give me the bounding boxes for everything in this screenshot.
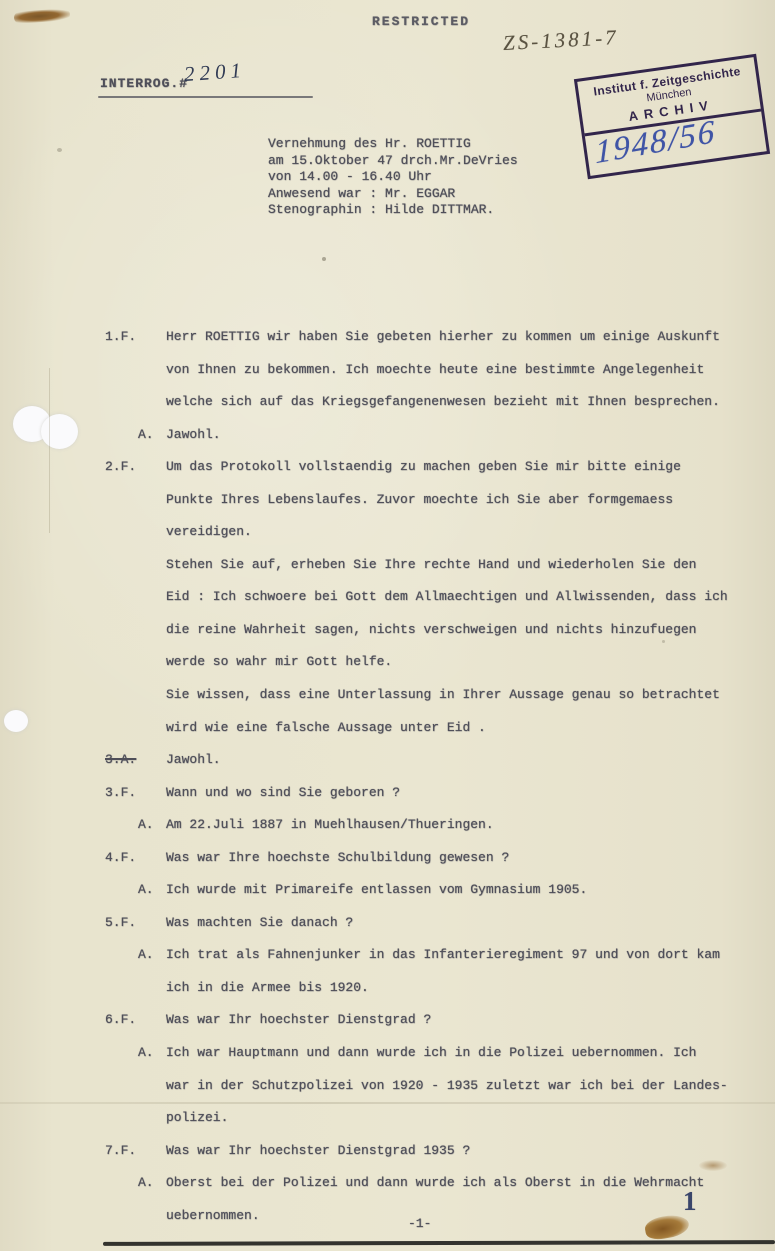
- header-line: Anwesend war : Mr. EGGAR: [268, 186, 518, 203]
- underline: [98, 96, 313, 98]
- qa-item: 5.F.Was machten Sie danach ?: [100, 907, 772, 940]
- scan-edge-line: [103, 1240, 775, 1246]
- qa-label: A.: [138, 1167, 154, 1200]
- qa-line: Was war Ihre hoechste Schulbildung gewes…: [166, 842, 772, 875]
- paper-crease-vertical: [49, 368, 50, 533]
- header-block: Vernehmung des Hr. ROETTIGam 15.Oktober …: [268, 136, 518, 219]
- qa-item: 3.A.Jawohl.: [100, 744, 772, 777]
- scanned-document-page: { "document": { "classification": "RESTR…: [0, 0, 775, 1251]
- paper-hole-spot: [4, 710, 28, 732]
- qa-item: A.Ich wurde mit Primareife entlassen vom…: [100, 874, 772, 907]
- qa-line: Um das Protokoll vollstaendig zu machen …: [166, 451, 772, 484]
- qa-item: A.Jawohl.: [100, 419, 772, 452]
- qa-label: A.: [138, 809, 154, 842]
- qa-line: Ich trat als Fahnenjunker in das Infante…: [166, 939, 772, 972]
- qa-line: welche sich auf das Kriegsgefangenenwese…: [166, 386, 772, 419]
- qa-label: 3.A.: [105, 744, 136, 777]
- page-number: -1-: [408, 1208, 431, 1240]
- qa-line: vereidigen.: [166, 516, 772, 549]
- qa-line: Sie wissen, dass eine Unterlassung in Ih…: [166, 679, 772, 712]
- qa-line: Oberst bei der Polizei und dann wurde ic…: [166, 1167, 772, 1200]
- qa-label: 3.F.: [105, 777, 136, 810]
- header-line: von 14.00 - 16.40 Uhr: [268, 169, 518, 186]
- qa-line: Ich war Hauptmann und dann wurde ich in …: [166, 1037, 772, 1070]
- qa-item: 3.F.Wann und wo sind Sie geboren ?: [100, 777, 772, 810]
- paper-hole-spot: [41, 414, 78, 449]
- qa-line: ich in die Armee bis 1920.: [166, 972, 772, 1005]
- qa-item: A.Ich trat als Fahnenjunker in das Infan…: [100, 939, 772, 1004]
- qa-line: Ich wurde mit Primareife entlassen vom G…: [166, 874, 772, 907]
- qa-line: Am 22.Juli 1887 in Muehlhausen/Thueringe…: [166, 809, 772, 842]
- interrogation-label: INTERROG.#: [100, 76, 188, 91]
- qa-line: die reine Wahrheit sagen, nichts verschw…: [166, 614, 772, 647]
- header-line: Stenographin : Hilde DITTMAR.: [268, 202, 518, 219]
- qa-label: A.: [138, 419, 154, 452]
- qa-label: 2.F.: [105, 451, 136, 484]
- qa-line: wird wie eine falsche Aussage unter Eid …: [166, 712, 772, 745]
- qa-line: Stehen Sie auf, erheben Sie Ihre rechte …: [166, 549, 772, 582]
- qa-line: Wann und wo sind Sie geboren ?: [166, 777, 772, 810]
- qa-line: Was war Ihr hoechster Dienstgrad ?: [166, 1004, 772, 1037]
- qa-label: A.: [138, 939, 154, 972]
- qa-line: Eid : Ich schwoere bei Gott dem Allmaech…: [166, 581, 772, 614]
- classification-marking: RESTRICTED: [372, 14, 470, 29]
- qa-label: 4.F.: [105, 842, 136, 875]
- qa-line: Was war Ihr hoechster Dienstgrad 1935 ?: [166, 1135, 772, 1168]
- rust-stain: [14, 8, 71, 24]
- archive-stamp: Institut f. Zeitgeschichte München ARCHI…: [574, 54, 770, 180]
- qa-item: 2.F.Um das Protokoll vollstaendig zu mac…: [100, 451, 772, 744]
- qa-item: 7.F.Was war Ihr hoechster Dienstgrad 193…: [100, 1135, 772, 1168]
- header-line: Vernehmung des Hr. ROETTIG: [268, 136, 518, 153]
- qa-line: polizei.: [166, 1102, 772, 1135]
- qa-line: war in der Schutzpolizei von 1920 - 1935…: [166, 1070, 772, 1103]
- qa-label: 5.F.: [105, 907, 136, 940]
- qa-label: A.: [138, 874, 154, 907]
- qa-item: 4.F.Was war Ihre hoechste Schulbildung g…: [100, 842, 772, 875]
- handwritten-interrogation-number: 2201: [183, 58, 247, 87]
- qa-line: Herr ROETTIG wir haben Sie gebeten hierh…: [166, 321, 772, 354]
- qa-line: Punkte Ihres Lebenslaufes. Zuvor moechte…: [166, 484, 772, 517]
- qa-item: 1.F.Herr ROETTIG wir haben Sie gebeten h…: [100, 321, 772, 419]
- handwritten-reference: ZS-1381-7: [502, 25, 619, 56]
- qa-label: 1.F.: [105, 321, 136, 354]
- qa-line: Jawohl.: [166, 744, 772, 777]
- qa-line: uebernommen.: [166, 1200, 772, 1233]
- qa-label: A.: [138, 1037, 154, 1070]
- qa-line: von Ihnen zu bekommen. Ich moechte heute…: [166, 354, 772, 387]
- qa-list: 1.F.Herr ROETTIG wir haben Sie gebeten h…: [100, 321, 772, 1232]
- qa-item: A.Oberst bei der Polizei und dann wurde …: [100, 1167, 772, 1232]
- qa-line: Jawohl.: [166, 419, 772, 452]
- qa-item: A.Am 22.Juli 1887 in Muehlhausen/Thuerin…: [100, 809, 772, 842]
- qa-line: werde so wahr mir Gott helfe.: [166, 646, 772, 679]
- qa-item: A.Ich war Hauptmann und dann wurde ich i…: [100, 1037, 772, 1135]
- qa-line: Was machten Sie danach ?: [166, 907, 772, 940]
- ink-speck: [322, 257, 326, 261]
- ink-speck: [57, 148, 62, 152]
- qa-label: 6.F.: [105, 1004, 136, 1037]
- header-line: am 15.Oktober 47 drch.Mr.DeVries: [268, 153, 518, 170]
- corner-page-number: 1: [683, 1186, 697, 1217]
- qa-label: 7.F.: [105, 1135, 136, 1168]
- qa-item: 6.F.Was war Ihr hoechster Dienstgrad ?: [100, 1004, 772, 1037]
